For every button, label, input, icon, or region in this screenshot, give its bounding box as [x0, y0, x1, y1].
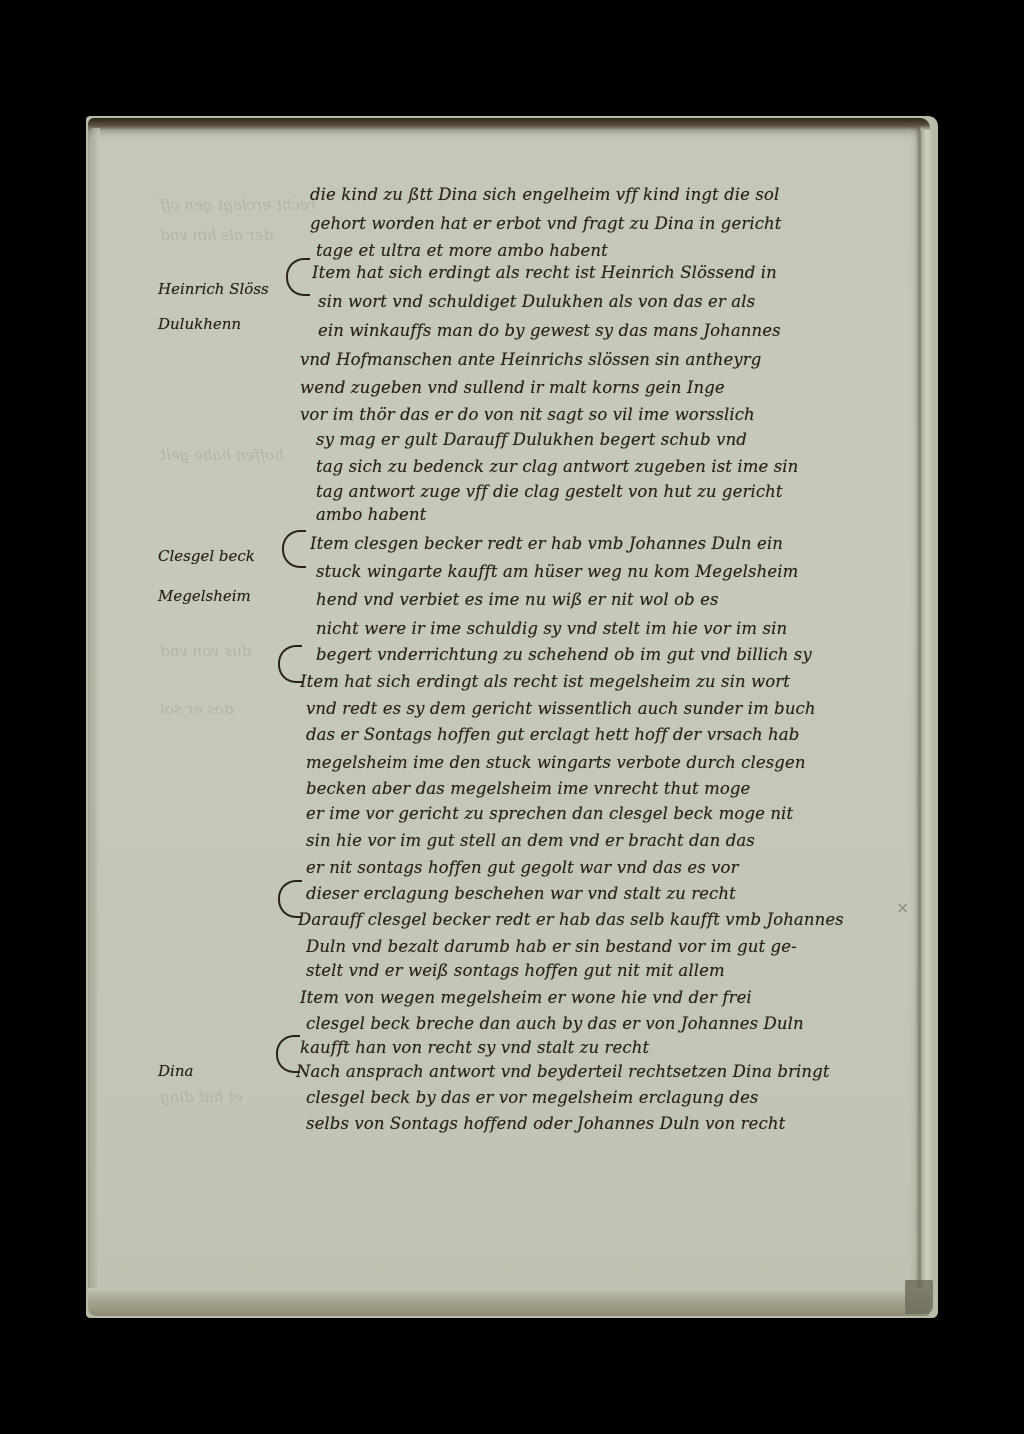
text-line: hend vnd verbiet es ime nu wiß er nit wo… [316, 585, 931, 615]
text-line: sin hie vor im gut stell an dem vnd er b… [306, 826, 921, 856]
text-line: wend zugeben vnd sullend ir malt korns g… [300, 373, 915, 403]
text-line: er ime vor gericht zu sprechen dan clesg… [306, 799, 921, 829]
page-top-edge [88, 118, 930, 130]
text-line: vnd Hofmanschen ante Heinrichs slössen s… [300, 345, 915, 375]
text-line: gehort worden hat er erbot vnd fragt zu … [310, 209, 925, 239]
page-left-fold [92, 128, 100, 1288]
text-line: ein winkauffs man do by gewest sy das ma… [318, 316, 933, 346]
text-line: sin wort vnd schuldiget Dulukhen als von… [318, 287, 933, 317]
text-line: Item clesgen becker redt er hab vmb Joha… [310, 529, 925, 559]
text-line: Item hat sich erdingt als recht ist Hein… [312, 258, 927, 288]
text-line: Darauff clesgel becker redt er hab das s… [298, 905, 913, 935]
ghost-line: dus von vnd [160, 642, 251, 660]
text-line: Item hat sich erdingt als recht ist mege… [300, 667, 915, 697]
text-line: selbs von Sontags hoffend oder Johannes … [306, 1109, 921, 1139]
document-viewer: recht erclagt gen off der als hin vnd ho… [0, 0, 1024, 1434]
ghost-line: der als hin vnd [160, 226, 273, 244]
ghost-line: recht erclagt gen off [160, 196, 316, 214]
text-line: ambo habent [316, 500, 931, 530]
text-line: stuck wingarte kaufft am hüser weg nu ko… [316, 557, 931, 587]
ghost-line: dos er sol [160, 700, 233, 718]
text-line: das er Sontags hoffen gut erclagt hett h… [306, 720, 921, 750]
margin-note-megelsheim: Megelsheim [158, 585, 288, 607]
margin-note-dina: Dina [158, 1060, 288, 1082]
margin-note-heinrich: Heinrich Slöss [158, 278, 288, 300]
margin-note-dulukhenn: Dulukhenn [158, 313, 288, 335]
ghost-line: et hat ding [160, 1088, 243, 1106]
margin-note-clesgel-beck: Clesgel beck [158, 545, 288, 567]
ghost-line: hoffen habe gelt [160, 446, 284, 464]
text-line: sy mag er gult Darauff Dulukhen begert s… [316, 425, 931, 455]
text-line: begert vnderrichtung zu schehend ob im g… [316, 640, 931, 670]
torn-corner [905, 1280, 933, 1314]
text-line: die kind zu ßtt Dina sich engelheim vff … [310, 180, 925, 210]
text-line: stelt vnd er weiß sontags hoffen gut nit… [306, 956, 921, 986]
page-bottom-edge [88, 1288, 930, 1316]
